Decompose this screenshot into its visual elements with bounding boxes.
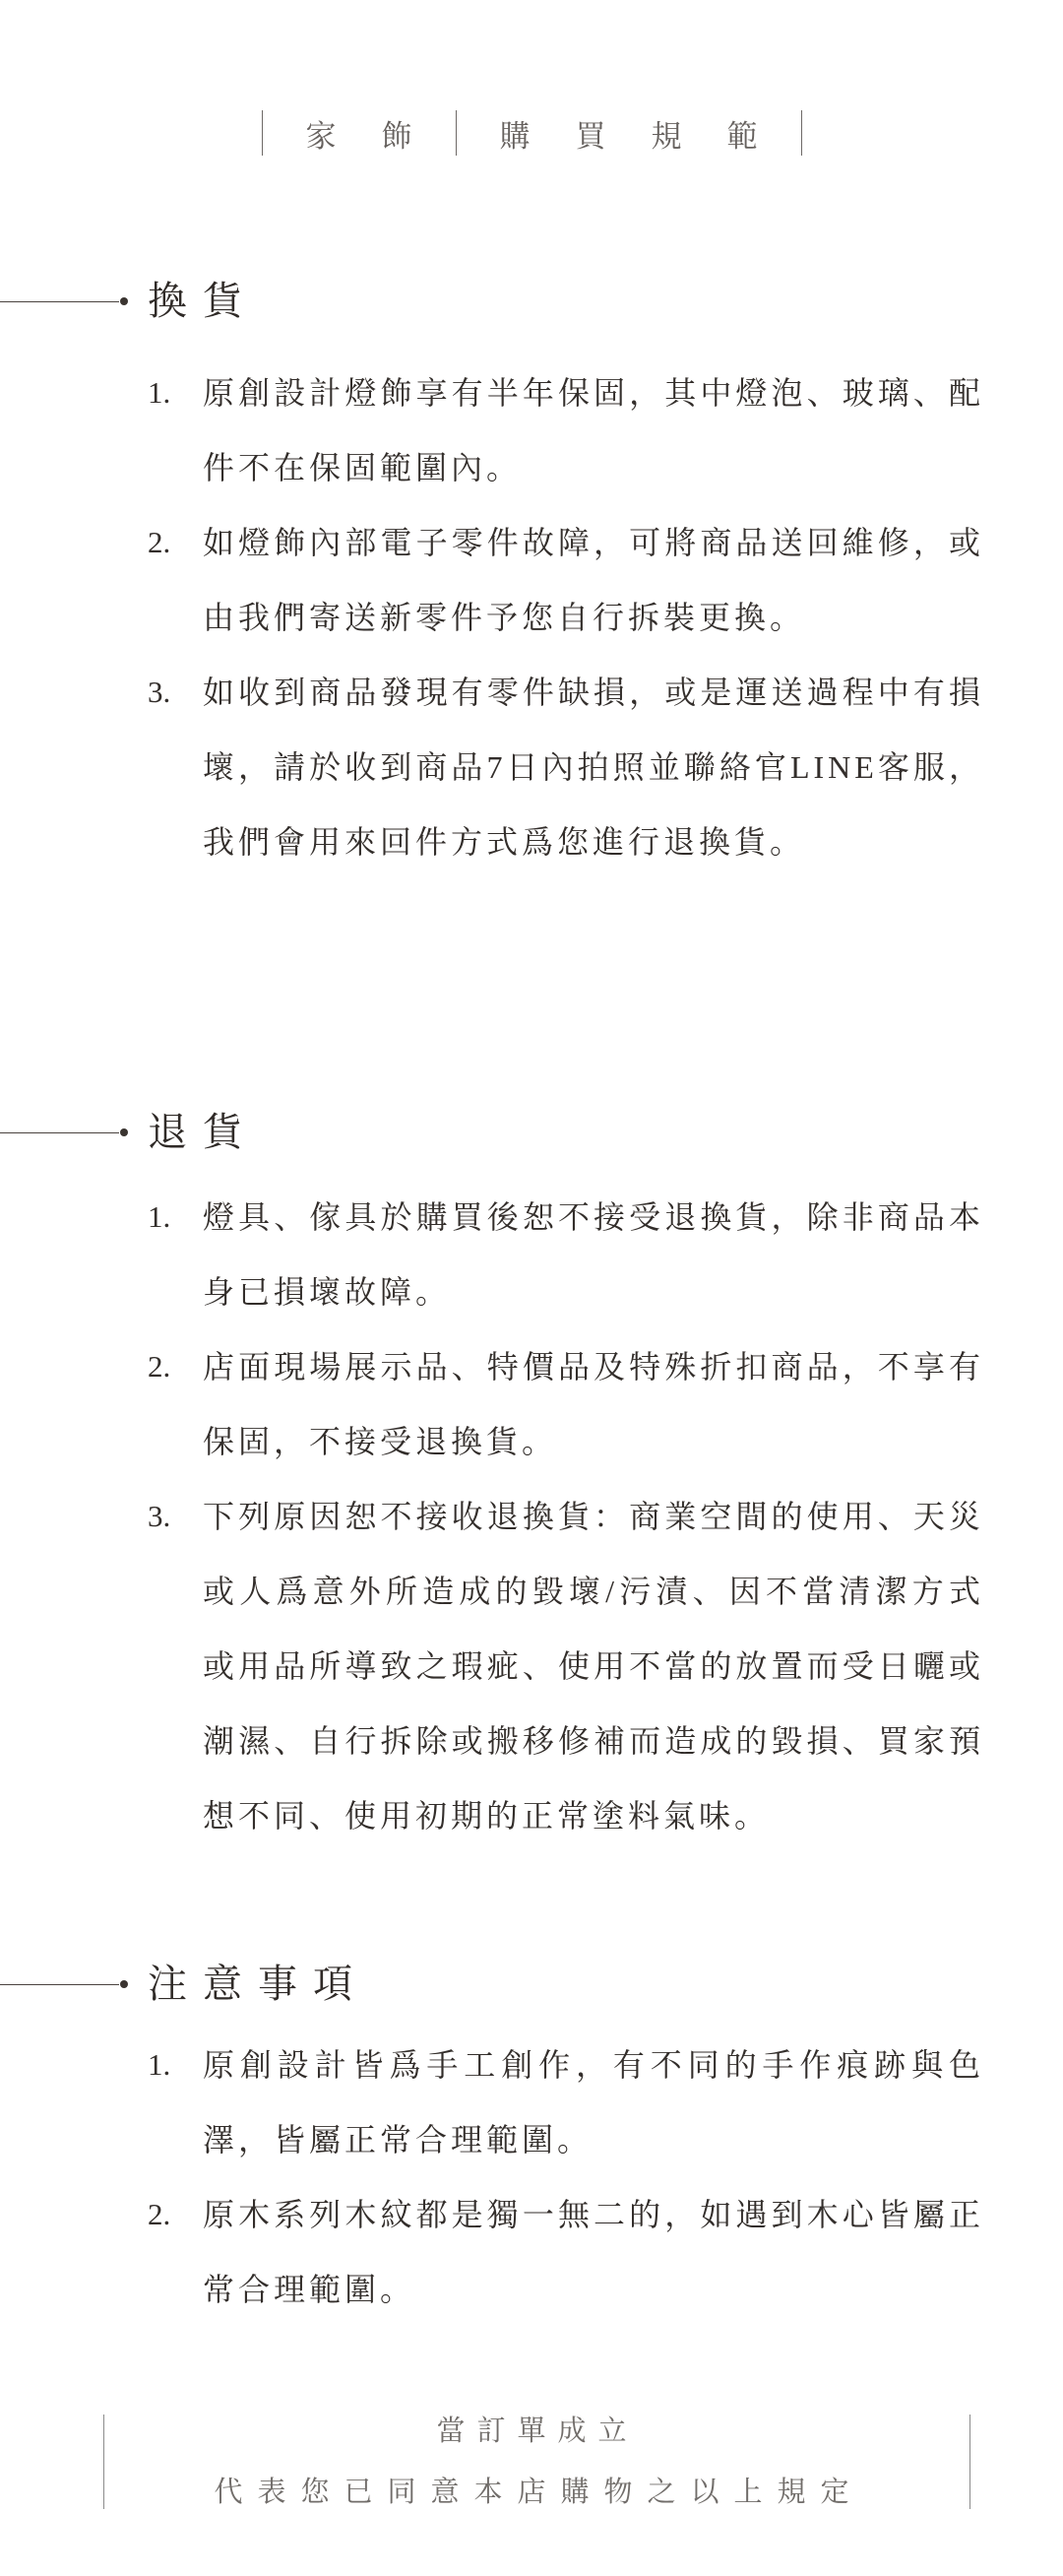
section-exchange-title: 換貨 xyxy=(148,282,258,321)
title-divider-left xyxy=(262,110,263,156)
section-exchange: 換貨 1. 原創設計燈飾享有半年保固，其中燈泡、玻璃、配件不在保固範圍內。 2.… xyxy=(0,282,1063,879)
item-number: 1. xyxy=(148,355,203,430)
item-number: 3. xyxy=(148,655,203,730)
purchase-rules-page: 家飾 購買規範 換貨 1. 原創設計燈飾享有半年保固，其中燈泡、玻璃、配件不在保… xyxy=(0,0,1063,2576)
item-number: 2. xyxy=(148,2177,203,2252)
list-item: 1. 燈具、傢具於購買後恕不接受退換貨，除非商品本身已損壞故障。 xyxy=(148,1180,984,1329)
heading-bullet-dot xyxy=(120,297,128,305)
footer-line2: 代表您已同意本店購物之以上規定 xyxy=(199,2476,863,2509)
item-text: 如燈飾內部電子零件故障，可將商品送回維修，或由我們寄送新零件予您自行拆裝更換。 xyxy=(203,505,984,655)
list-item: 2. 如燈飾內部電子零件故障，可將商品送回維修，或由我們寄送新零件予您自行拆裝更… xyxy=(148,505,984,655)
item-text: 店面現場展示品、特價品及特殊折扣商品，不享有保固，不接受退換貨。 xyxy=(203,1329,984,1479)
item-text: 原創設計燈飾享有半年保固，其中燈泡、玻璃、配件不在保固範圍內。 xyxy=(203,355,984,505)
title-divider-middle xyxy=(456,110,457,156)
item-number: 1. xyxy=(148,1180,203,1255)
list-item: 2. 原木系列木紋都是獨一無二的，如遇到木心皆屬正常合理範圍。 xyxy=(148,2177,984,2327)
heading-bullet-dot xyxy=(120,1128,128,1136)
item-text: 原木系列木紋都是獨一無二的，如遇到木心皆屬正常合理範圍。 xyxy=(203,2177,984,2327)
list-item: 3. 如收到商品發現有零件缺損，或是運送過程中有損壞，請於收到商品7日內拍照並聯… xyxy=(148,655,984,879)
page-title: 家飾 購買規範 xyxy=(0,95,1063,171)
item-text: 下列原因恕不接收退換貨：商業空間的使用、天災或人爲意外所造成的毀壞/污漬、因不當… xyxy=(203,1479,984,1853)
title-category-text: 家飾 xyxy=(306,111,458,156)
section-notes: 注意事項 1. 原創設計皆爲手工創作，有不同的手作痕跡與色澤，皆屬正常合理範圍。… xyxy=(0,1964,1063,2327)
title-main-text: 購買規範 xyxy=(500,111,803,156)
section-exchange-list: 1. 原創設計燈飾享有半年保固，其中燈泡、玻璃、配件不在保固範圍內。 2. 如燈… xyxy=(148,355,984,879)
item-number: 1. xyxy=(148,2028,203,2102)
list-item: 2. 店面現場展示品、特價品及特殊折扣商品，不享有保固，不接受退換貨。 xyxy=(148,1329,984,1479)
heading-rule-line xyxy=(0,1984,119,1985)
heading-bullet-dot xyxy=(120,1980,128,1988)
section-notes-heading-row: 注意事項 xyxy=(0,1964,1063,2004)
section-notes-title: 注意事項 xyxy=(148,1964,368,2004)
heading-rule-line xyxy=(0,301,119,302)
list-item: 1. 原創設計皆爲手工創作，有不同的手作痕跡與色澤，皆屬正常合理範圍。 xyxy=(148,2028,984,2177)
list-item: 1. 原創設計燈飾享有半年保固，其中燈泡、玻璃、配件不在保固範圍內。 xyxy=(148,355,984,505)
section-return-heading-row: 退貨 xyxy=(0,1113,1063,1152)
footer-line1: 當訂單成立 xyxy=(424,2415,638,2448)
section-return-list: 1. 燈具、傢具於購買後恕不接受退換貨，除非商品本身已損壞故障。 2. 店面現場… xyxy=(148,1180,984,1853)
section-exchange-heading-row: 換貨 xyxy=(0,282,1063,321)
footer-divider-right xyxy=(969,2415,970,2509)
footer-divider-left xyxy=(103,2415,104,2509)
item-number: 2. xyxy=(148,505,203,580)
title-divider-right xyxy=(801,110,802,156)
footer-note: 當訂單成立 代表您已同意本店購物之以上規定 xyxy=(0,2415,1063,2509)
list-item: 3. 下列原因恕不接收退換貨：商業空間的使用、天災或人爲意外所造成的毀壞/污漬、… xyxy=(148,1479,984,1853)
heading-rule-line xyxy=(0,1132,119,1133)
item-text: 如收到商品發現有零件缺損，或是運送過程中有損壞，請於收到商品7日內拍照並聯絡官L… xyxy=(203,655,984,879)
section-return-title: 退貨 xyxy=(148,1113,258,1152)
section-return: 退貨 1. 燈具、傢具於購買後恕不接受退換貨，除非商品本身已損壞故障。 2. 店… xyxy=(0,1113,1063,1853)
item-text: 原創設計皆爲手工創作，有不同的手作痕跡與色澤，皆屬正常合理範圍。 xyxy=(203,2028,984,2177)
section-notes-list: 1. 原創設計皆爲手工創作，有不同的手作痕跡與色澤，皆屬正常合理範圍。 2. 原… xyxy=(148,2028,984,2327)
item-text: 燈具、傢具於購買後恕不接受退換貨，除非商品本身已損壞故障。 xyxy=(203,1180,984,1329)
item-number: 3. xyxy=(148,1479,203,1554)
item-number: 2. xyxy=(148,1329,203,1404)
